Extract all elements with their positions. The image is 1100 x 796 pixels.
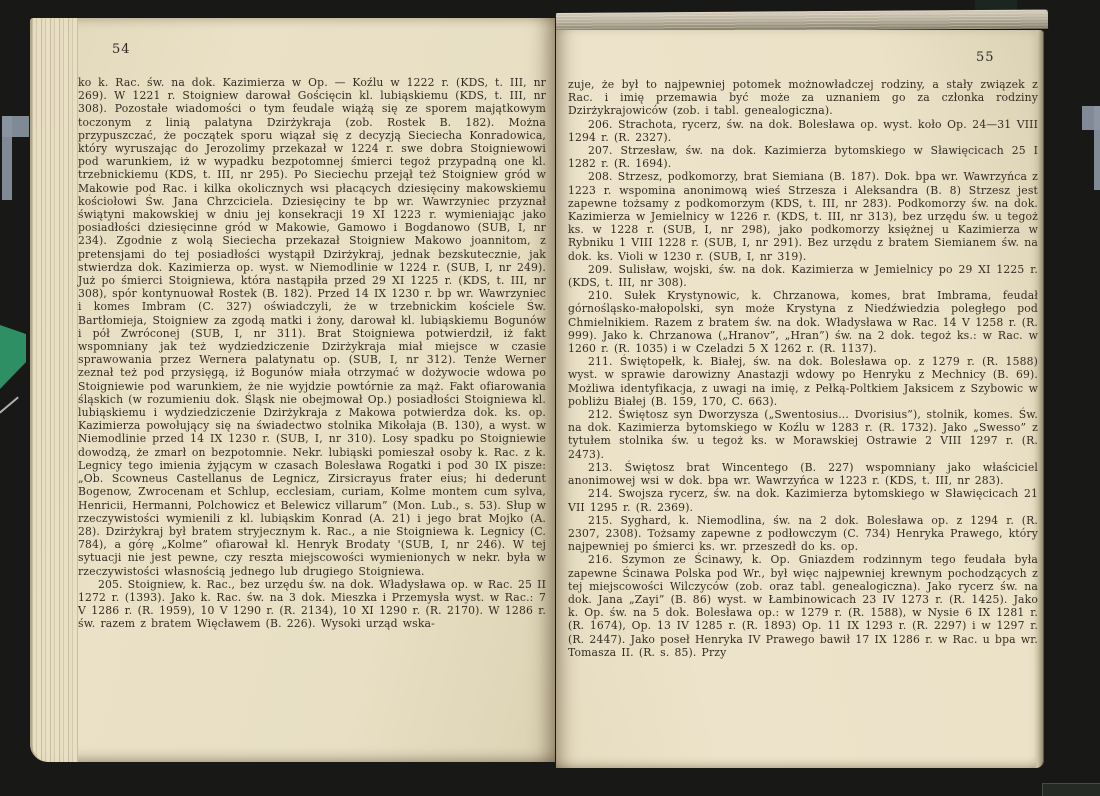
page-edge-stack-left bbox=[30, 18, 78, 762]
page-text-left: ko k. Rac. św. na dok. Kazimierza w Op. … bbox=[78, 76, 546, 631]
photo-background: 54 ko k. Rac. św. na dok. Kazimierza w O… bbox=[0, 0, 1100, 796]
book-page-right: 55 zuje, że był to najpewniej potomek mo… bbox=[556, 30, 1044, 768]
background-green-stripe bbox=[0, 325, 26, 389]
paragraph: 206. Strachota, rycerz, św. na dok. Bole… bbox=[568, 118, 1038, 144]
background-diagonal-line bbox=[0, 397, 19, 414]
paragraph: 214. Swojsza rycerz, św. na dok. Kazimie… bbox=[568, 487, 1038, 513]
paragraph: 208. Strzesz, podkomorzy, brat Siemiana … bbox=[568, 170, 1038, 262]
paragraph: 216. Szymon ze Ścinawy, k. Op. Gniazdem … bbox=[568, 553, 1038, 659]
book-page-left: 54 ko k. Rac. św. na dok. Kazimierza w O… bbox=[30, 18, 555, 762]
paragraph: zuje, że był to najpewniej potomek możno… bbox=[568, 78, 1038, 118]
paragraph: 211. Świętopełk, k. Białej, św. na dok. … bbox=[568, 355, 1038, 408]
background-letter-fragment-right-icon bbox=[1094, 106, 1100, 190]
background-corner-panel bbox=[1042, 783, 1100, 796]
paragraph: 207. Strzesław, św. na dok. Kazimierza b… bbox=[568, 144, 1038, 170]
page-edge-stack-top bbox=[556, 10, 1048, 32]
paragraph: 215. Syghard, k. Niemodlina, św. na 2 do… bbox=[568, 514, 1038, 554]
paragraph: 209. Sulisław, wojski, św. na dok. Kazim… bbox=[568, 263, 1038, 289]
background-letter-fragment-left-icon bbox=[2, 116, 12, 200]
paragraph: 213. Świętosz brat Wincentego (B. 227) w… bbox=[568, 461, 1038, 487]
paragraph: 210. Sułek Krystynowic, k. Chrzanowa, ko… bbox=[568, 289, 1038, 355]
paragraph: 212. Świętosz syn Dworzysza („Swentosius… bbox=[568, 408, 1038, 461]
page-text-right: zuje, że był to najpewniej potomek możno… bbox=[568, 78, 1038, 659]
page-number-left: 54 bbox=[112, 42, 131, 57]
paragraph: ko k. Rac. św. na dok. Kazimierza w Op. … bbox=[78, 76, 546, 578]
page-number-right: 55 bbox=[976, 50, 995, 65]
paragraph: 205. Stoigniew, k. Rac., bez urzędu św. … bbox=[78, 578, 546, 631]
